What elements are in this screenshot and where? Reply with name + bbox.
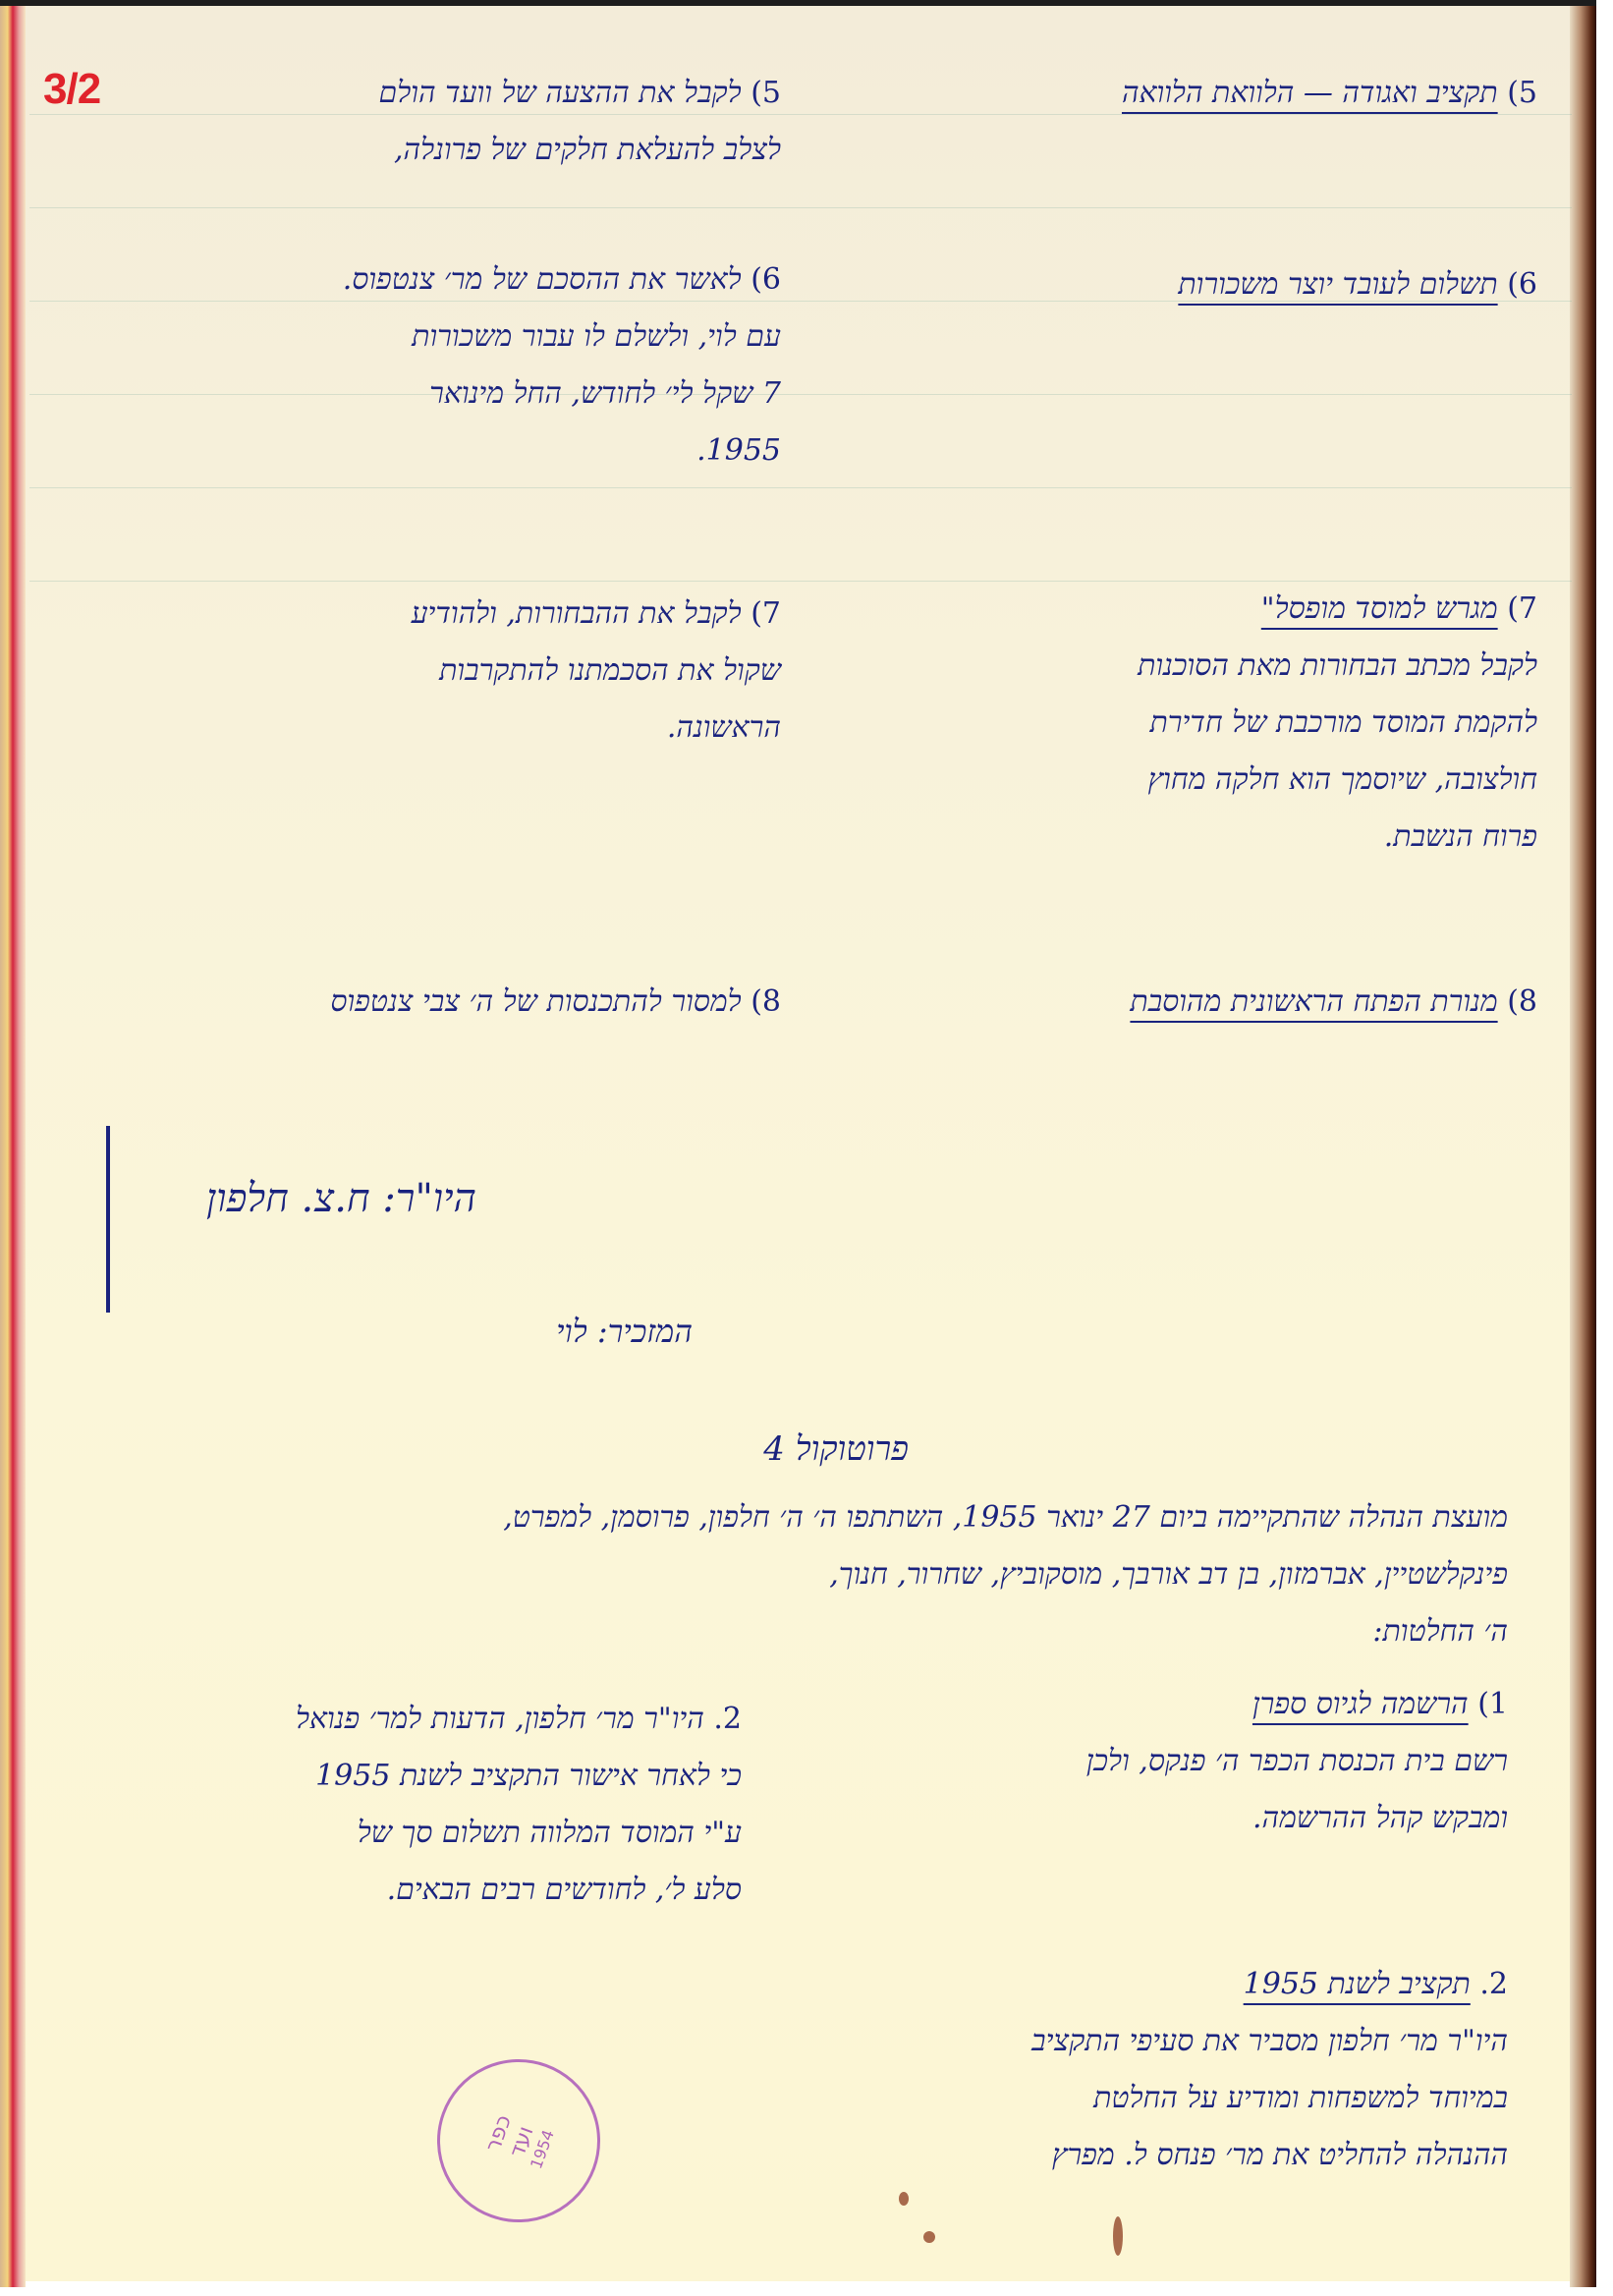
text-line: מועצת הנהלה שהתקיימה ביום 27 ינואר 1955,… [503,1489,1508,1546]
rubber-stamp: כפר ועד 1954 [415,2037,624,2246]
protocol-right-item-1: 1) הרשמה לגיוס ספרן רשם בית הכנסת הכפר ה… [1086,1676,1508,1847]
text-line: במיוחד למשפחות ומודיע על החלטת [1031,2070,1508,2127]
protocol-right-item-2: 2. תקציב לשנת 1955 היו"ר מר׳ חלפון מסביר… [1031,1956,1508,2184]
protocol-intro: מועצת הנהלה שהתקיימה ביום 27 ינואר 1955,… [503,1489,1508,1660]
text-line: לקבל את ההצעה של וועד הולם [379,76,742,110]
left-binding-edge [0,6,26,2287]
text-line: ומבקש קהל ההרשמה. [1086,1790,1508,1847]
text-line: הראשונה. [412,700,781,756]
left-item-5: 5) לקבל את ההצעה של וועד הולם לצלב להעלא… [379,65,781,179]
item-title: תשלום לעובד יוצר משכורות [1178,267,1497,302]
text-line: פינקלשטיין, אברמזון, בן דב אורבך, מוסקוב… [503,1546,1508,1603]
text-line: ע"י המוסד המלווה תשלום סך של [296,1805,742,1862]
signature-stroke [106,1126,110,1313]
ruled-line [29,487,1572,488]
left-item-6: 6) לאשר את ההסכם של מר׳ צנטפוס. עם לוי, … [343,252,781,479]
chair-signature: היו"ר: ח.צ. חלפון [206,1170,476,1227]
text-line: היו"ר מר׳ חלפון, הדעות למר׳ פנואל [296,1702,704,1736]
stain-mark [1113,2216,1123,2256]
chair-name: ח.צ. חלפון [206,1176,370,1221]
text-line: לקבל את ההבחורות, ולהודיע [412,596,742,631]
item-title: תקציב לשנת 1955 [1244,1967,1471,2001]
text-line: לאשר את ההסכם של מר׳ צנטפוס. [343,262,742,297]
text-line: 1955. [343,422,781,479]
right-item-5: 5) תקציב ואגודה — הלוואת הלוואה [1122,65,1537,122]
text-line: רשם בית הכנסת הכפר ה׳ פנקס, ולכן [1086,1733,1508,1790]
text-line: להקמת המוסד מורכבת של חדירת [1138,695,1537,752]
stain-mark [923,2231,935,2243]
item-title: מגרש למוסד מופסל" [1261,591,1498,626]
right-item-8: 8) מנורת הפתח הראשונית מהוסבת [1130,974,1537,1031]
ruled-line [29,207,1572,208]
page-number-label: 3/2 [43,65,100,114]
secretary-name: לוי [556,1313,587,1350]
secretary-signature: המזכיר: לוי [556,1303,693,1360]
document-page: 3/2 5) תקציב ואגודה — הלוואת הלוואה 6) ת… [0,0,1596,2281]
item-title: הרשמה לגיוס ספרן [1252,1687,1469,1721]
item-title: תקציב ואגודה — הלוואת הלוואה [1122,76,1498,110]
item-title: מנורת הפתח הראשונית מהוסבת [1130,984,1497,1019]
ruled-line [29,394,1572,395]
left-item-8: 8) למסור להתכנסות של ה׳ צבי צנטפוס [330,974,781,1031]
text-line: ה׳ החלטות: [503,1603,1508,1660]
right-binding-edge [1570,6,1596,2287]
secretary-label: המזכיר: [597,1313,693,1350]
right-item-7: 7) מגרש למוסד מופסל" לקבל מכתב הבחורות מ… [1138,581,1537,866]
text-line: 7 שקל לי׳ לחודש, החל מינואר [343,365,781,422]
left-item-7: 7) לקבל את ההבחורות, ולהודיע שקול את הסכ… [412,586,781,756]
protocol-title: פרוטוקול 4 [763,1421,909,1478]
text-line: כי לאחר אישור התקציב לשנת 1955 [296,1748,742,1805]
chair-label: היו"ר: [382,1176,476,1221]
text-line: חולצובה, שיוסמך הוא חלקה מחוץ [1138,752,1537,809]
right-item-6: 6) תשלום לעובד יוצר משכורות [1178,256,1537,313]
text-line: עם לוי, ולשלם לו עבור משכורות [343,308,781,365]
text-line: היו"ר מר׳ חלפון מסביר את סעיפי התקציב [1031,2013,1508,2070]
text-line: סלע ל׳, לחודשים רבים הבאים. [296,1862,742,1919]
text-line: למסור להתכנסות של ה׳ צבי צנטפוס [330,984,741,1019]
stain-mark [899,2192,909,2206]
text-line: ההנהלה להחליט את מר׳ פנחס ל. מפרץ [1031,2127,1508,2184]
text-line: לקבל מכתב הבחורות מאת הסוכנות [1138,638,1537,695]
text-line: פרוח הנשבת. [1138,809,1537,866]
protocol-left-item-2: 2. היו"ר מר׳ חלפון, הדעות למר׳ פנואל כי … [296,1691,742,1919]
text-line: שקול את הסכמתנו להתקרבות [412,643,781,700]
text-line: לצלב להעלאת חלקים של פרונלה, [379,122,781,179]
